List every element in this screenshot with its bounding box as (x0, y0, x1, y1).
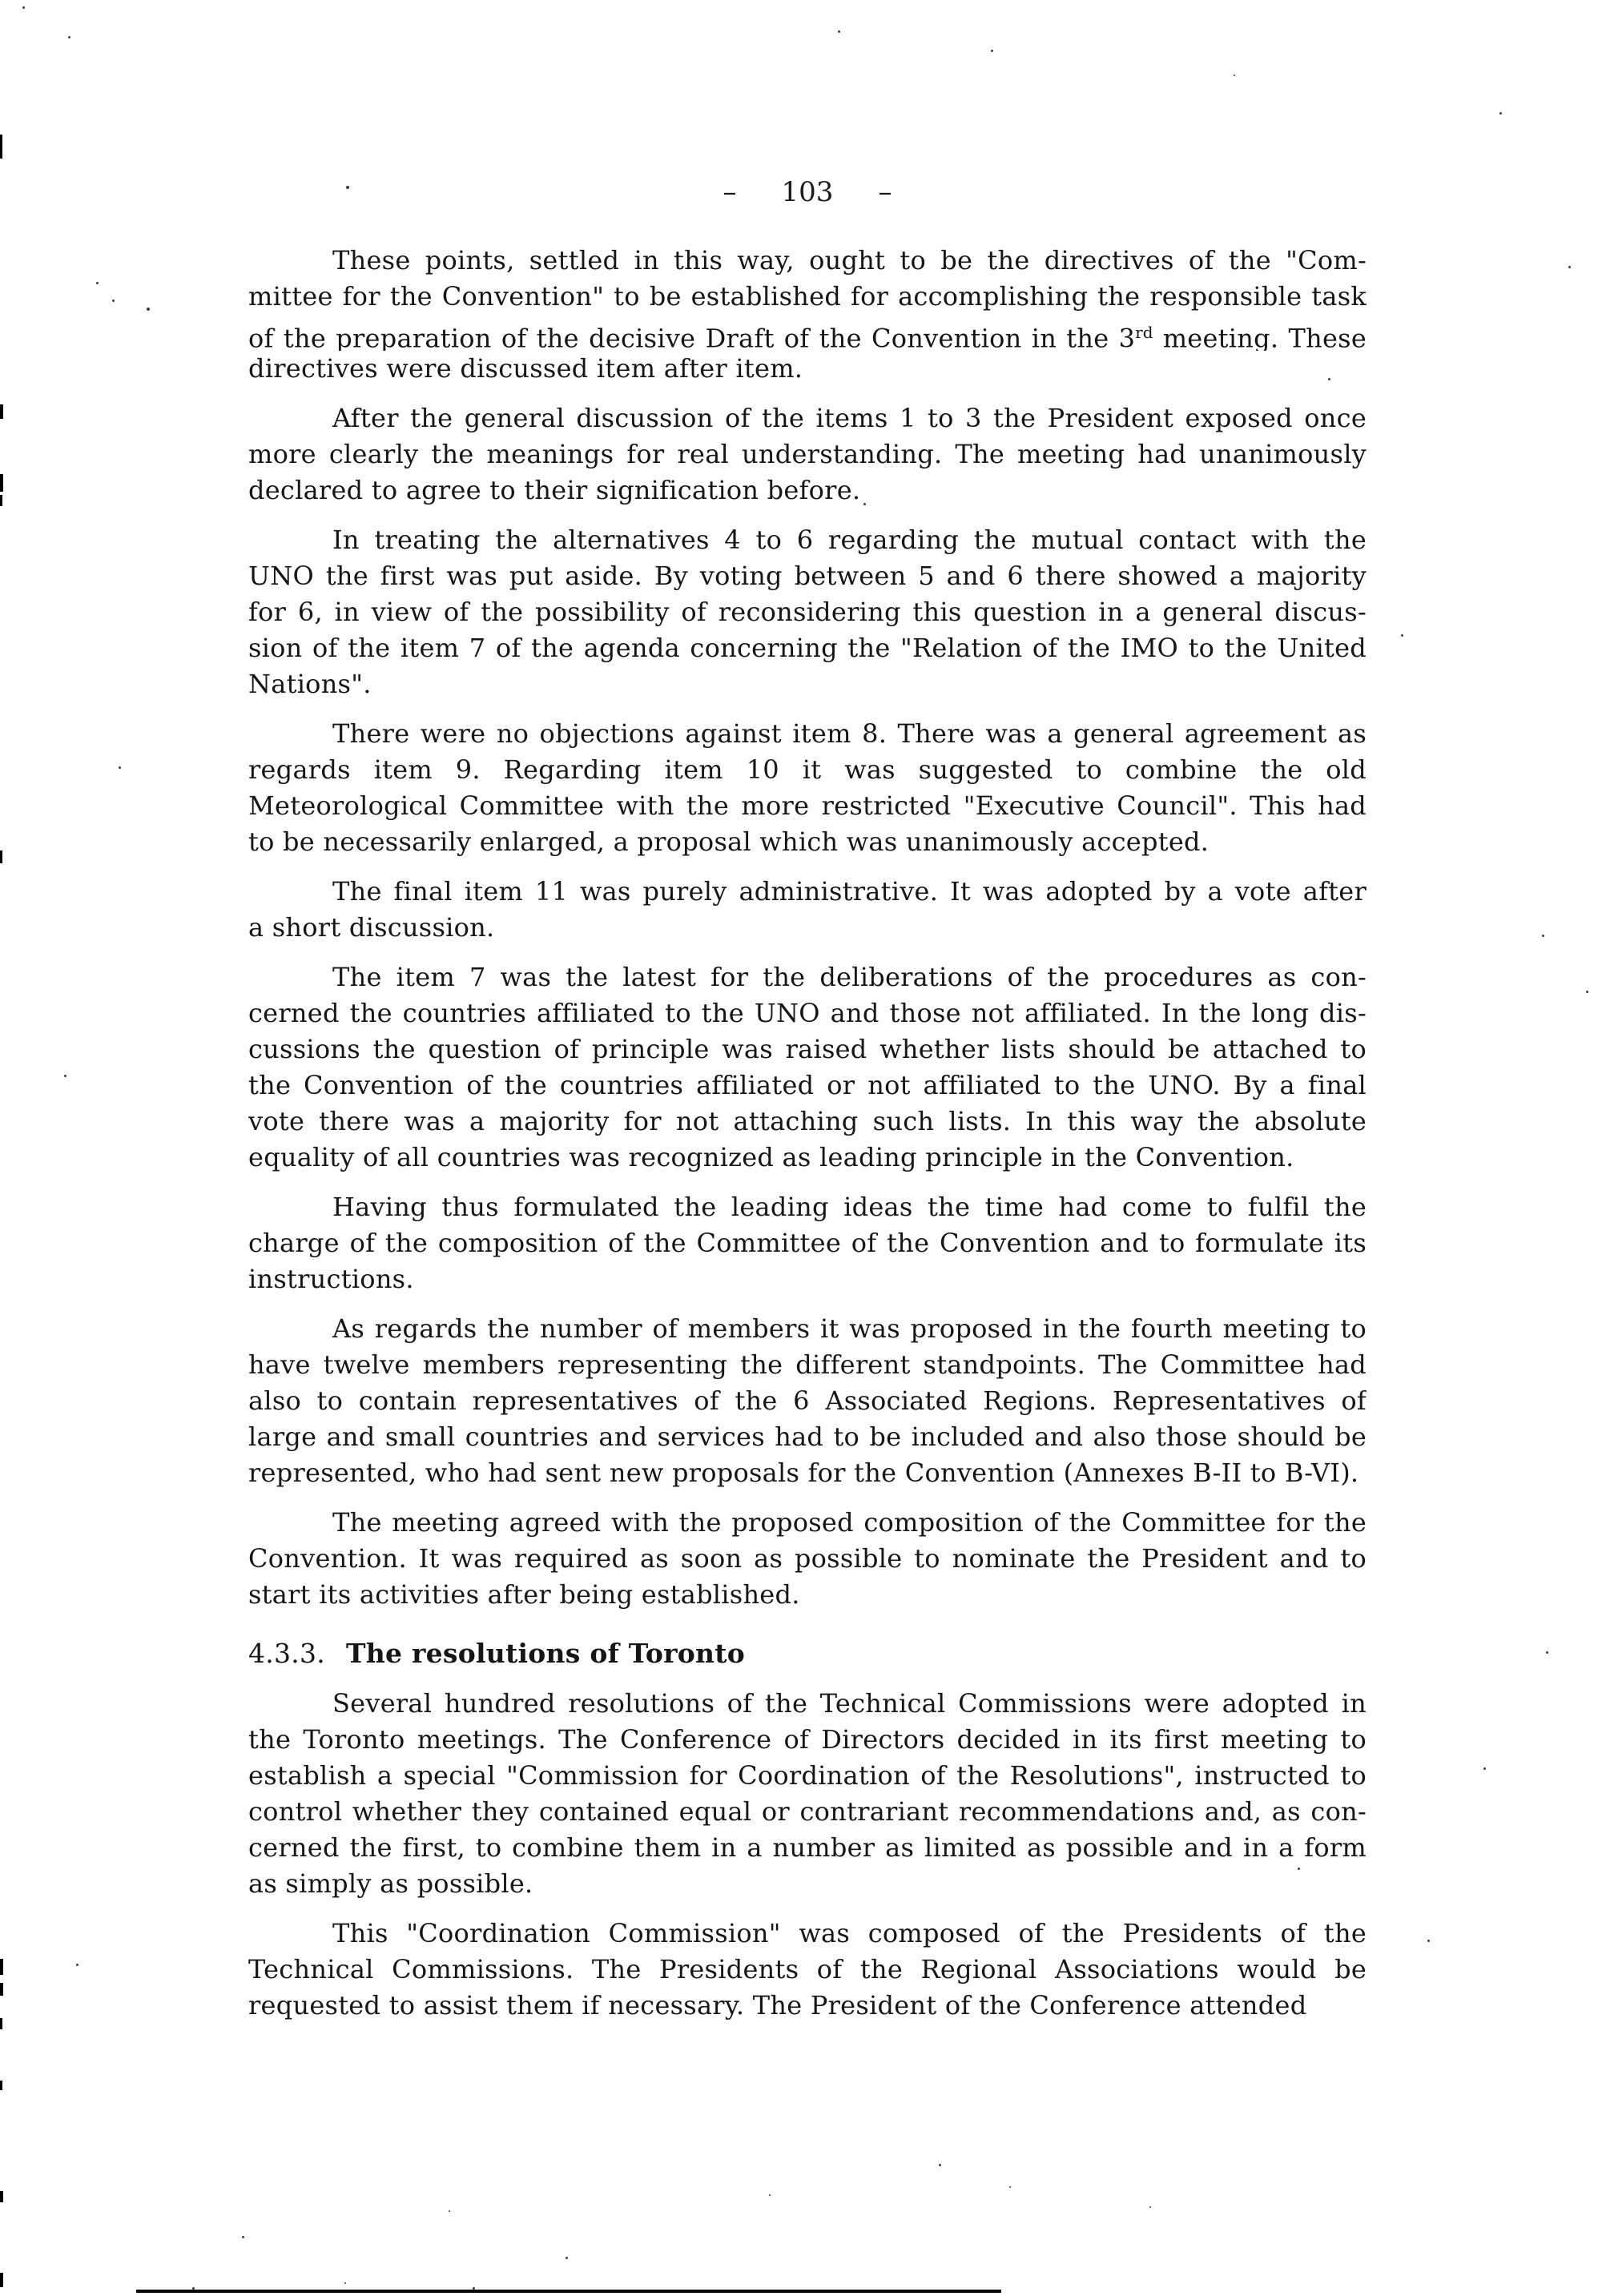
scan-speck (344, 2282, 346, 2284)
text-line: a short discussion. (248, 910, 1367, 946)
text-line: of the preparation of the decisive Draft… (248, 315, 1367, 351)
section-heading: 4.3.3.The resolutions of Toronto (248, 1635, 1367, 1671)
paragraph: Several hundred resolutions of the Techn… (248, 1686, 1367, 1902)
text-line: There were no objections against item 8.… (248, 716, 1367, 752)
paragraph: The meeting agreed with the proposed com… (248, 1505, 1367, 1613)
paragraph: Having thus formulated the leading ideas… (248, 1189, 1367, 1297)
text-line: to be necessarily enlarged, a proposal w… (248, 824, 1367, 860)
scan-edge-mark (0, 1983, 3, 1996)
text-line: Meteorological Committee with the more r… (248, 788, 1367, 824)
page-number-value: 103 (782, 176, 834, 208)
scan-speck (119, 766, 121, 769)
text-line: UNO the first was put aside. By voting b… (248, 558, 1367, 594)
scan-speck (991, 50, 993, 52)
text-line: declared to agree to their signification… (248, 472, 1367, 509)
text-line: As regards the number of members it was … (248, 1311, 1367, 1347)
text-line: start its activities after being establi… (248, 1577, 1367, 1613)
text-line: large and small countries and services h… (248, 1419, 1367, 1455)
text-line: Having thus formulated the leading ideas… (248, 1189, 1367, 1225)
text-line: the Convention of the countries affiliat… (248, 1068, 1367, 1104)
scan-speck (76, 1964, 78, 1966)
text-line: mittee for the Convention" to be establi… (248, 279, 1367, 315)
scan-edge-mark (0, 2018, 2, 2029)
paragraph: The final item 11 was purely administrat… (248, 874, 1367, 946)
text-line: Technical Commissions. The Presidents of… (248, 1952, 1367, 1988)
scan-speck (1234, 74, 1235, 76)
text-line: The item 7 was the latest for the delibe… (248, 959, 1367, 995)
paragraph: After the general discussion of the item… (248, 400, 1367, 509)
scan-speck (112, 300, 115, 302)
paragraph: In treating the alternatives 4 to 6 rega… (248, 522, 1367, 702)
section-number: 4.3.3. (248, 1638, 325, 1669)
text-line: directives were discussed item after ite… (248, 351, 1367, 387)
text-line: control whether they contained equal or … (248, 1794, 1367, 1830)
text-line: In treating the alternatives 4 to 6 rega… (248, 522, 1367, 558)
page-number-dash-right: – (878, 176, 892, 208)
scan-speck (449, 2210, 450, 2212)
scan-speck (1483, 1767, 1486, 1770)
text-line: establish a special "Commission for Coor… (248, 1758, 1367, 1794)
text-line: represented, who had sent new proposals … (248, 1455, 1367, 1491)
paragraph: The item 7 was the latest for the delibe… (248, 959, 1367, 1176)
text-line: cussions the question of principle was r… (248, 1031, 1367, 1068)
scan-speck (96, 282, 99, 284)
scan-edge-mark (0, 404, 3, 419)
scan-speck (1568, 266, 1571, 268)
section-title: The resolutions of Toronto (346, 1638, 745, 1669)
scan-speck (1427, 1940, 1430, 1942)
text-line: After the general discussion of the item… (248, 400, 1367, 436)
text-line: cerned the countries affiliated to the U… (248, 995, 1367, 1031)
scan-edge-mark (0, 135, 2, 159)
scan-speck (838, 30, 840, 33)
text-line: charge of the composition of the Committ… (248, 1225, 1367, 1261)
text-line: Several hundred resolutions of the Techn… (248, 1686, 1367, 1722)
text-line: requested to assist them if necessary. T… (248, 1988, 1367, 2024)
scan-edge-mark (0, 474, 3, 492)
text-line: The meeting agreed with the proposed com… (248, 1505, 1367, 1541)
text-line: The final item 11 was purely administrat… (248, 874, 1367, 910)
scan-speck (64, 1075, 66, 1077)
text-line: as simply as possible. (248, 1866, 1367, 1902)
scan-edge-mark (0, 495, 2, 506)
scan-speck (22, 6, 25, 9)
paragraph: There were no objections against item 8.… (248, 716, 1367, 860)
scan-speck (242, 2236, 244, 2238)
text-line: have twelve members representing the dif… (248, 1347, 1367, 1383)
scan-edge-mark (0, 1959, 3, 1975)
text-line: vote there was a majority for not attach… (248, 1104, 1367, 1140)
text-line: This "Coordination Commission" was compo… (248, 1916, 1367, 1952)
scan-speck (1009, 2186, 1011, 2188)
scan-speck (1586, 991, 1588, 993)
scan-speck (1546, 1651, 1548, 1654)
scan-edge-mark (0, 2191, 3, 2202)
paragraph: As regards the number of members it was … (248, 1311, 1367, 1491)
text-line: Nations". (248, 666, 1367, 702)
scan-speck (566, 2257, 568, 2259)
text-line: for 6, in view of the possibility of rec… (248, 594, 1367, 630)
text-line: sion of the item 7 of the agenda concern… (248, 630, 1367, 666)
scan-speck (1328, 378, 1330, 380)
text-line: cerned the first, to combine them in a n… (248, 1830, 1367, 1866)
page-number: – 103 – (248, 176, 1367, 208)
page-number-dash-left: – (723, 176, 737, 208)
scan-edge-mark (0, 2081, 2, 2090)
text-line: instructions. (248, 1261, 1367, 1297)
scan-edge-mark (136, 2290, 1001, 2293)
text-line: regards item 9. Regarding item 10 it was… (248, 752, 1367, 788)
scan-speck (147, 308, 150, 311)
paragraph: These points, settled in this way, ought… (248, 243, 1367, 387)
scan-speck (1149, 2206, 1151, 2208)
scan-speck (1401, 634, 1403, 637)
scan-speck (346, 186, 349, 189)
page-body: These points, settled in this way, ought… (248, 243, 1367, 2037)
text-line: These points, settled in this way, ought… (248, 243, 1367, 279)
scan-speck (1499, 112, 1502, 115)
text-line: Convention. It was required as soon as p… (248, 1541, 1367, 1577)
text-line: more clearly the meanings for real under… (248, 436, 1367, 472)
text-line: the Toronto meetings. The Conference of … (248, 1722, 1367, 1758)
scan-speck (1542, 935, 1544, 937)
scan-speck (68, 36, 70, 38)
scan-speck (863, 503, 866, 505)
scan-edge-mark (0, 850, 2, 863)
scan-speck (1298, 1868, 1300, 1870)
scan-speck (769, 2194, 771, 2196)
paragraph: This "Coordination Commission" was compo… (248, 1916, 1367, 2024)
scanned-page: – 103 – These points, settled in this wa… (0, 0, 1602, 2296)
text-line: equality of all countries was recognized… (248, 1140, 1367, 1176)
text-line: also to contain representatives of the 6… (248, 1383, 1367, 1419)
scan-speck (939, 2164, 941, 2166)
scan-edge-mark (0, 2273, 3, 2287)
